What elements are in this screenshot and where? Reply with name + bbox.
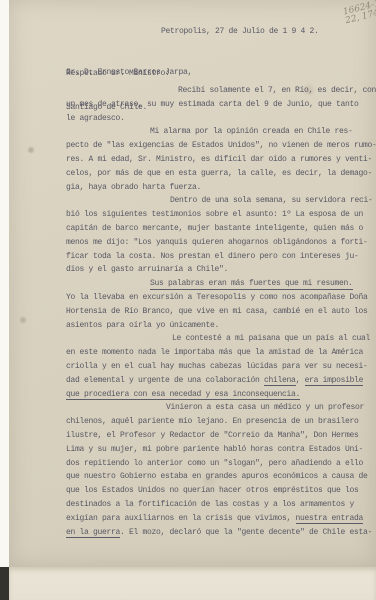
body-line: asientos para oírla yo únicamente. [66,319,376,333]
letter-scan: 16624-1 22, 174 Petropolis, 27 de Julio … [0,0,376,600]
body-line: dos repitiendo lo anterior como un "slog… [66,457,376,471]
handwritten-archive-number: 16624-1 22, 174 [342,0,376,26]
body-line: Sus palabras eran más fuertes que mi res… [66,277,376,291]
body-line: bió los siguientes testimonios sobre el … [66,208,376,222]
body-line: que procediera con esa necedad y esa inc… [66,388,376,402]
body-line: Recibí solamente el 7, en Río, es decir,… [66,84,376,98]
body-line: Dentro de una sola semana, su servidora … [66,194,376,208]
body-line: menos me dijo: "Los yanquis quieren ahog… [66,236,376,250]
body-line: gia, haya obrado harta fuerza. [66,181,376,195]
body-line: en la guerra. El mozo, declaró que la "g… [66,526,376,540]
body-line: criolla y en el cual hay muchas cabezas … [66,360,376,374]
page-bottom-edge [9,567,376,600]
body-lines: Recibí solamente el 7, en Río, es decir,… [66,84,376,539]
salutation: Respetado Sr. Ministro: [66,69,170,78]
body-line: díos y el gasto arruinaría a Chile". [66,263,376,277]
letter-page: 16624-1 22, 174 Petropolis, 27 de Julio … [9,0,376,567]
body-line: res. A mi edad, Sr. Ministro, es difícil… [66,153,376,167]
body-line: dad elemental y urgente de una colaborac… [66,374,376,388]
body-line: un mes de atraso, su muy estimada carta … [66,98,376,112]
body-line: Hortensia de Río Branco, que vive en mi … [66,305,376,319]
body-line: le agradesco. [66,112,376,126]
body-line: destinados a la fortificación de las cos… [66,498,376,512]
body-line: que los Estados Unidos no querían hacer … [66,484,376,498]
body-line: ilustre, el Profesor y Redactor de "Corr… [66,429,376,443]
scan-shadow-corner [0,567,9,600]
body-line: Le contesté a mi paisana que un país al … [66,332,376,346]
body-line: pecto de "las exigencias de Estados Unid… [66,139,376,153]
body-line: capitán de barco mercante, mujer bastant… [66,222,376,236]
body-line: Yo la llevaba en excursión a Teresopolis… [66,291,376,305]
body-line: en este momento nada le importaba más qu… [66,346,376,360]
dateline: Petropolis, 27 de Julio de 1 9 4 2. [161,27,319,36]
body-line: Lima y su mujer, mi pobre pariente habló… [66,443,376,457]
body-line: que nuestro Gobierno estaba en grandes a… [66,470,376,484]
body-line: exigían para auxiliarnos en la crisis qu… [66,512,376,526]
body-line: Vinieron a esta casa un médico y un prof… [66,401,376,415]
body-line: chilenos, aquél pariente mío lejano. En … [66,415,376,429]
body-line: ficar toda la costa. Nos prestan el dine… [66,250,376,264]
body-line: celos, por más de que en esta guerra, la… [66,167,376,181]
body-line: Mi alarma por la opinión creada en Chile… [66,125,376,139]
